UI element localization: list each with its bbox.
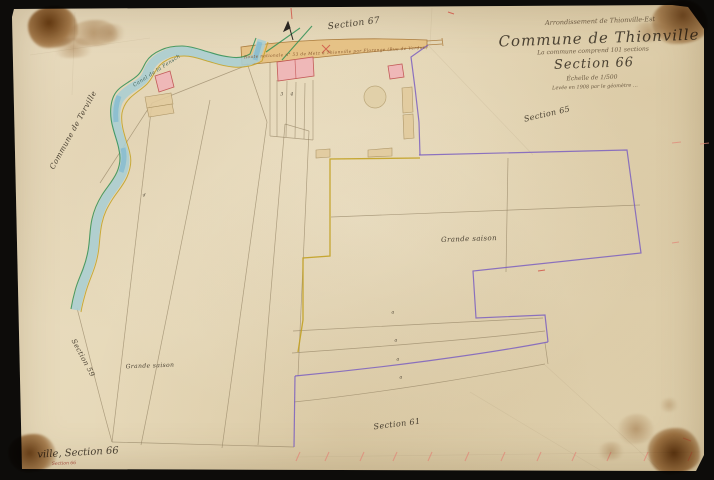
river-fensch [71, 26, 312, 312]
stain [598, 442, 624, 460]
corner-label-sub: Section 66 [52, 461, 76, 467]
stain [632, 22, 666, 42]
round-feature [364, 86, 386, 108]
stain [52, 38, 94, 58]
stain [96, 24, 126, 42]
stain [8, 434, 56, 472]
stain [648, 428, 700, 474]
strip-mark-a4-label: a [399, 376, 402, 381]
purple-boundary [294, 45, 641, 447]
stain [618, 414, 654, 444]
yellow-boundary [298, 158, 420, 352]
strip-mark-a2-label: a [394, 339, 397, 344]
stain [660, 398, 678, 412]
parcel-lines [77, 62, 640, 448]
parcel-no-3-label: 3 [280, 93, 283, 98]
map-linework [0, 0, 714, 480]
parcel-no-4-label: 4 [290, 93, 293, 98]
strip-mark-a1-label: a [391, 311, 394, 316]
building-riverside [155, 71, 174, 92]
red-marks [291, 8, 709, 461]
section-number-title: Section 66 [554, 55, 635, 73]
buildings [145, 57, 414, 158]
strip-mark-a3-label: a [396, 358, 399, 363]
scanned-map-stage: Section 67Section 65Section 61Section 59… [0, 0, 714, 480]
north-arrow-icon [284, 22, 293, 40]
river-east-bank [81, 42, 268, 312]
